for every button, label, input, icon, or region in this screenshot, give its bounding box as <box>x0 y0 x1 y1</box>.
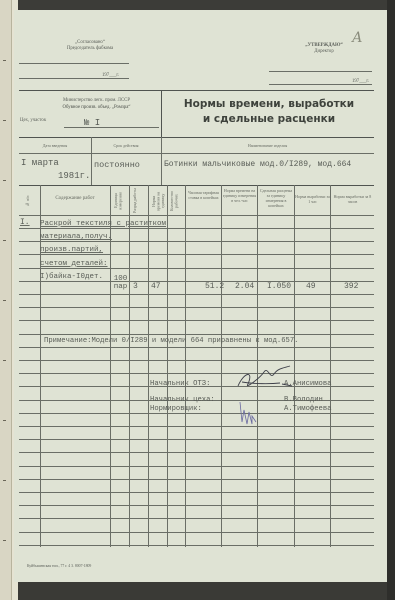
date-year-left: 197___г. <box>102 73 119 78</box>
row-output-hour: 49 <box>306 282 316 291</box>
validity-header: Срок действия <box>91 143 161 148</box>
col-header-hourly-rate: Часовая тарифная ставка в копейках <box>186 190 221 200</box>
approver-title-right: Директор <box>284 49 364 55</box>
ruled-row-line <box>19 347 374 348</box>
col-header-piece-rate: Сдельная расценка за единицу измерения в… <box>258 188 294 208</box>
header-top-rule <box>19 90 374 91</box>
archive-binding <box>0 0 12 600</box>
row-content-line: I)байка-I0дет. <box>40 271 166 284</box>
row-hourly-rate: 51.2 <box>205 282 224 291</box>
row-unit-qty: 100 <box>113 275 128 283</box>
ruled-row-line <box>19 334 374 335</box>
scan-background-top <box>0 0 395 10</box>
col-header-output-8h: Норма выработки за 8 часов <box>331 194 374 204</box>
signature-line-right <box>269 71 372 72</box>
row-unit-label: пар <box>113 283 128 291</box>
col-header-output-hour: Норма выработки за 1 час <box>295 194 330 204</box>
title-line-1: Нормы времени, выработки <box>164 97 374 112</box>
col-header-time-per-unit: Норма времени на единицу измерения в чел… <box>222 188 257 203</box>
date-line-right <box>269 84 372 85</box>
ruled-row-line <box>19 439 374 440</box>
info-header-top-rule <box>19 137 374 138</box>
table-header-bottom-rule <box>19 215 374 216</box>
product-name-header: Наименование изделия <box>161 143 374 148</box>
ministry-name: Министерство легк. пром. ЛССР <box>39 97 154 104</box>
date-year-right: 197___г. <box>352 79 369 84</box>
ruled-row-line <box>19 360 374 361</box>
col-header-unit: Единица измерения <box>114 188 124 214</box>
ruled-row-line <box>19 294 374 295</box>
ruled-row-line <box>19 466 374 467</box>
handwritten-signature-shop-head <box>238 400 260 426</box>
row-content-line: материала,получ. <box>40 231 166 244</box>
col-header-grade: Разряд работы <box>133 188 143 214</box>
issue-date-line-2: 1981г. <box>58 171 90 181</box>
section-line <box>64 127 159 128</box>
section-value: № I <box>84 118 100 128</box>
ruled-row-line <box>19 532 374 533</box>
print-info: Куйбышевская тип., 77 г. 4 3. 8007-1809 <box>27 564 91 568</box>
col-header-time-norm: Норма времени на единицу <box>152 188 162 214</box>
validity-value: постоянно <box>94 160 140 170</box>
info-row-bottom-rule <box>19 185 374 186</box>
pencil-annotation: А <box>352 30 363 46</box>
document-title: Нормы времени, выработки и сдельные расц… <box>164 97 374 127</box>
ruled-row-line <box>19 452 374 453</box>
signature-line-left <box>19 63 129 64</box>
ruled-row-line <box>19 505 374 506</box>
col-header-workers: Количество рабочих <box>170 188 180 214</box>
info-header-bottom-rule <box>19 153 374 154</box>
row-piece-rate: I.050 <box>267 282 291 291</box>
ruled-row-line <box>19 518 374 519</box>
document-sheet: „Согласовано“ Председатель фабкома 197__… <box>14 10 387 582</box>
row-output-8h: 392 <box>344 282 358 291</box>
issue-date-header: Дата введения <box>19 143 91 148</box>
header-divider <box>161 90 162 137</box>
ruled-row-line <box>19 307 374 308</box>
note-text: Примечание:Модели 0/I289 и модели 664 пр… <box>44 337 298 345</box>
row-unit: 100 пар <box>113 275 128 291</box>
title-line-2: и сдельные расценки <box>164 112 374 127</box>
signature-role-ots: Начальник ОТЗ: <box>150 378 215 391</box>
enterprise-name: Обувное произв. объед. „Ромзра“ <box>39 104 154 111</box>
approver-title-left: Председатель фабкома <box>50 46 130 52</box>
col-header-content: Содержание работ <box>40 196 110 201</box>
scan-background-right <box>387 0 395 600</box>
row-num: I. <box>20 218 30 227</box>
row-time-per-unit: 2.04 <box>235 282 254 291</box>
ruled-row-line <box>19 492 374 493</box>
row-content-line: Раскрой текстиля с раститком <box>40 218 166 231</box>
date-line-left <box>19 78 129 79</box>
row-content: Раскрой текстиля с раститком материала,п… <box>40 218 166 284</box>
row-content-line: произв.партий, <box>40 244 166 257</box>
ruled-row-line <box>19 479 374 480</box>
approval-block-left: „Согласовано“ Председатель фабкома <box>50 40 130 52</box>
row-grade: 3 <box>133 282 138 291</box>
row-time-norm: 47 <box>151 282 161 291</box>
ruled-row-line <box>19 545 374 546</box>
ruled-row-line <box>19 426 374 427</box>
ruled-row-line <box>19 373 374 374</box>
signature-roles: Начальник ОТЗ: Начальник цеха: Нормировщ… <box>150 378 215 416</box>
handwritten-signature-ots <box>234 362 304 392</box>
org-block: Министерство легк. пром. ЛССР Обувное пр… <box>39 97 154 111</box>
section-label: Цех, участок <box>20 118 46 123</box>
issue-date-line-1: I марта <box>21 158 59 168</box>
product-name-value: Ботинки мальчиковые мод.0/I289, мод.664 <box>164 160 351 169</box>
signature-name-normer: А.Тимофеева <box>284 403 331 416</box>
col-header-num: № п/п <box>26 190 34 212</box>
ruled-row-line <box>19 320 374 321</box>
row-content-line: счетом деталей: <box>40 258 166 271</box>
